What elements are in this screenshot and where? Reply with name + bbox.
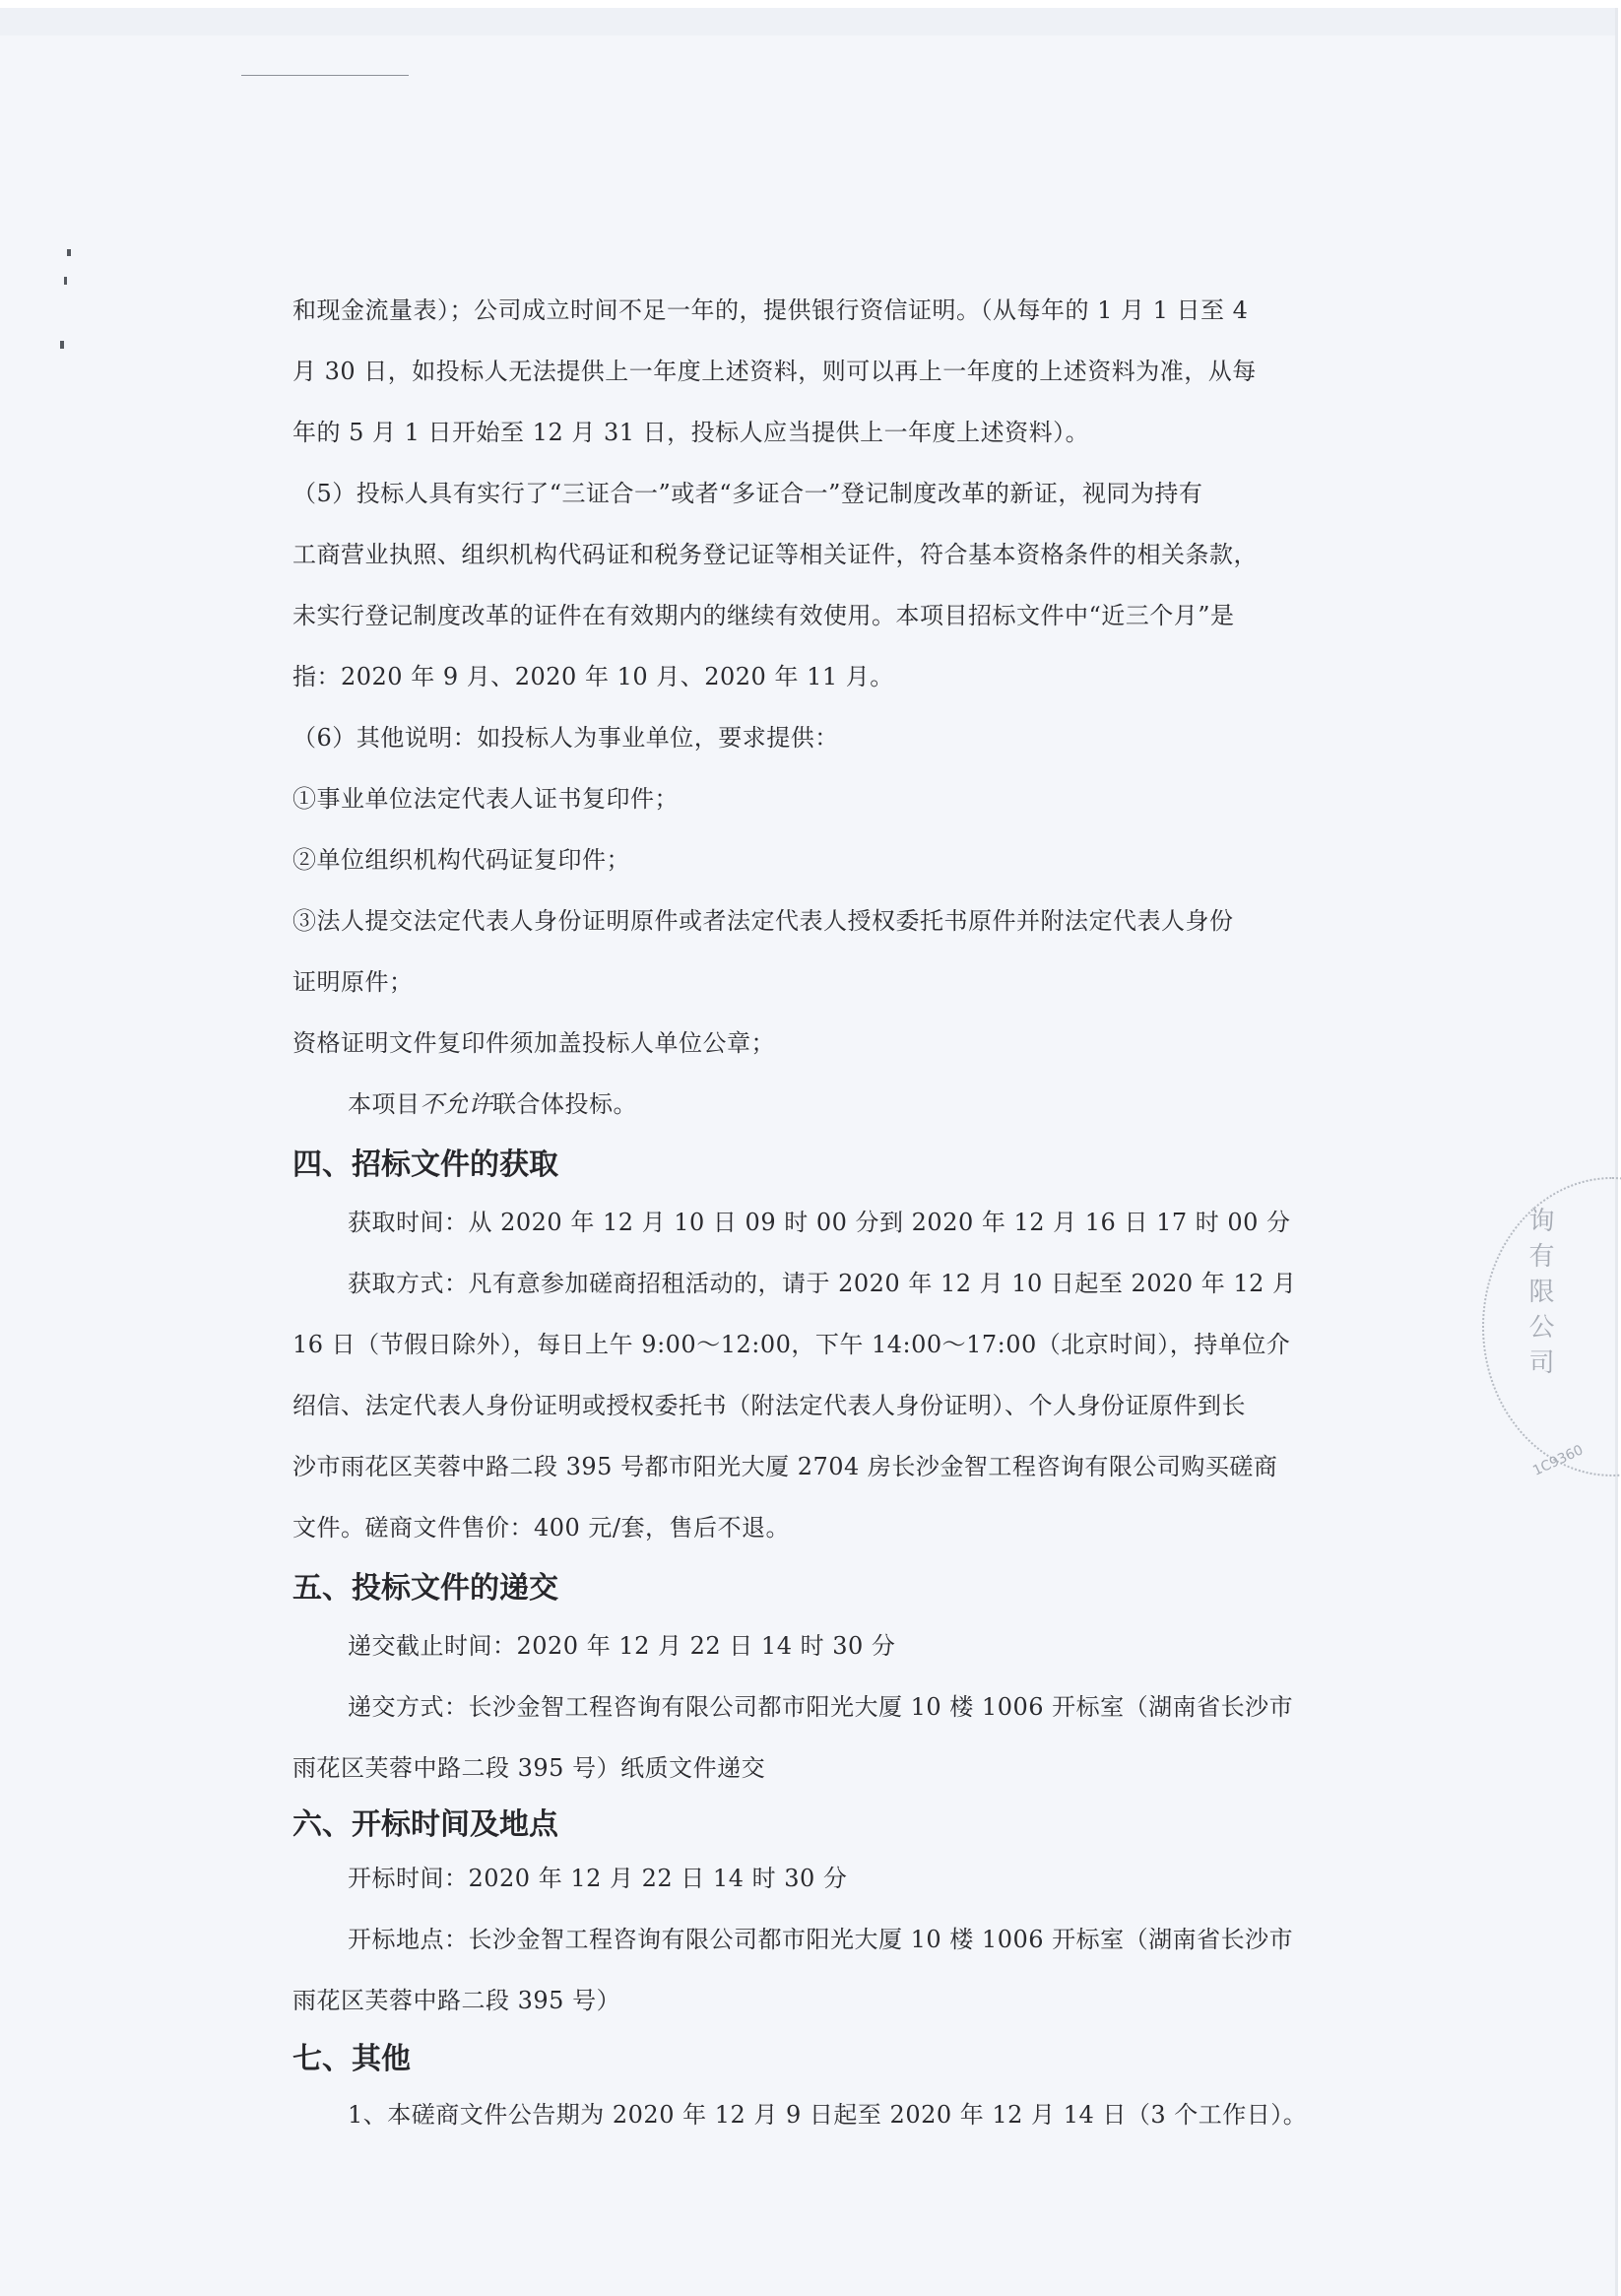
section-heading-7: 七、其他 [292,2043,411,2076]
body-line: 雨花区芙蓉中路二段 395 号） [292,1986,620,2015]
body-line: 1、本磋商文件公告期为 2020 年 12 月 9 日起至 2020 年 12 … [348,2100,1307,2130]
body-line: 16 日（节假日除外），每日上午 9:00～12:00，下午 14:00～17:… [292,1330,1290,1359]
consortium-prefix: 本项目 [348,1090,421,1118]
body-line: 获取时间：从 2020 年 12 月 10 日 09 时 00 分到 2020 … [348,1208,1291,1237]
section-heading-4: 四、招标文件的获取 [292,1148,558,1182]
scan-artifact-line [241,75,409,76]
body-line: 未实行登记制度改革的证件在有效期内的继续有效使用。本项目招标文件中“近三个月”是 [292,601,1235,630]
consortium-statement: 本项目不允许联合体投标。 [348,1089,637,1119]
margin-mark [60,341,64,349]
body-line: 月 30 日，如投标人无法提供上一年度上述资料，则可以再上一年度的上述资料为准，… [292,357,1257,386]
body-line: （6）其他说明：如投标人为事业单位，要求提供： [292,723,839,753]
body-line: 雨花区芙蓉中路二段 395 号）纸质文件递交 [292,1753,765,1783]
margin-mark [67,249,71,256]
body-line: 沙市雨花区芙蓉中路二段 395 号都市阳光大厦 2704 房长沙金智工程咨询有限… [292,1452,1277,1481]
consortium-emphasis: 不允许 [421,1090,493,1118]
list-item: ③法人提交法定代表人身份证明原件或者法定代表人授权委托书原件并附法定代表人身份 [292,906,1234,936]
body-line: 绍信、法定代表人身份证明或授权委托书（附法定代表人身份证明）、个人身份证原件到长 [292,1391,1246,1420]
margin-mark [64,277,67,285]
list-item: ①事业单位法定代表人证书复印件； [292,784,679,814]
company-seal-stamp: 询有限公司 1C9360 [1482,1177,1610,1492]
body-line: 和现金流量表）；公司成立时间不足一年的，提供银行资信证明。（从每年的 1 月 1… [292,295,1248,325]
body-line: 开标时间：2020 年 12 月 22 日 14 时 30 分 [348,1864,847,1893]
scan-edge-band [0,8,1615,35]
body-line: 工商营业执照、组织机构代码证和税务登记证等相关证件，符合基本资格条件的相关条款， [292,540,1258,569]
body-line: 证明原件； [292,967,414,997]
consortium-suffix: 联合体投标。 [492,1090,637,1118]
section-heading-6: 六、开标时间及地点 [292,1808,558,1842]
body-line: 文件。磋商文件售价：400 元/套，售后不退。 [292,1513,790,1542]
body-line: 资格证明文件复印件须加盖投标人单位公章； [292,1028,775,1058]
body-line: 指：2020 年 9 月、2020 年 10 月、2020 年 11 月。 [292,662,894,691]
section-heading-5: 五、投标文件的递交 [292,1572,558,1606]
body-line: 年的 5 月 1 日开始至 12 月 31 日，投标人应当提供上一年度上述资料）… [292,418,1089,447]
list-item: ②单位组织机构代码证复印件； [292,845,630,875]
body-line: （5）投标人具有实行了“三证合一”或者“多证合一”登记制度改革的新证，视同为持有 [292,479,1202,508]
seal-text: 询有限公司 [1522,1207,1558,1384]
body-line: 开标地点：长沙金智工程咨询有限公司都市阳光大厦 10 楼 1006 开标室（湖南… [348,1925,1293,1954]
body-line: 获取方式：凡有意参加磋商招租活动的，请于 2020 年 12 月 10 日起至 … [348,1269,1297,1298]
body-line: 递交截止时间：2020 年 12 月 22 日 14 时 30 分 [348,1631,895,1661]
body-line: 递交方式：长沙金智工程咨询有限公司都市阳光大厦 10 楼 1006 开标室（湖南… [348,1692,1293,1722]
